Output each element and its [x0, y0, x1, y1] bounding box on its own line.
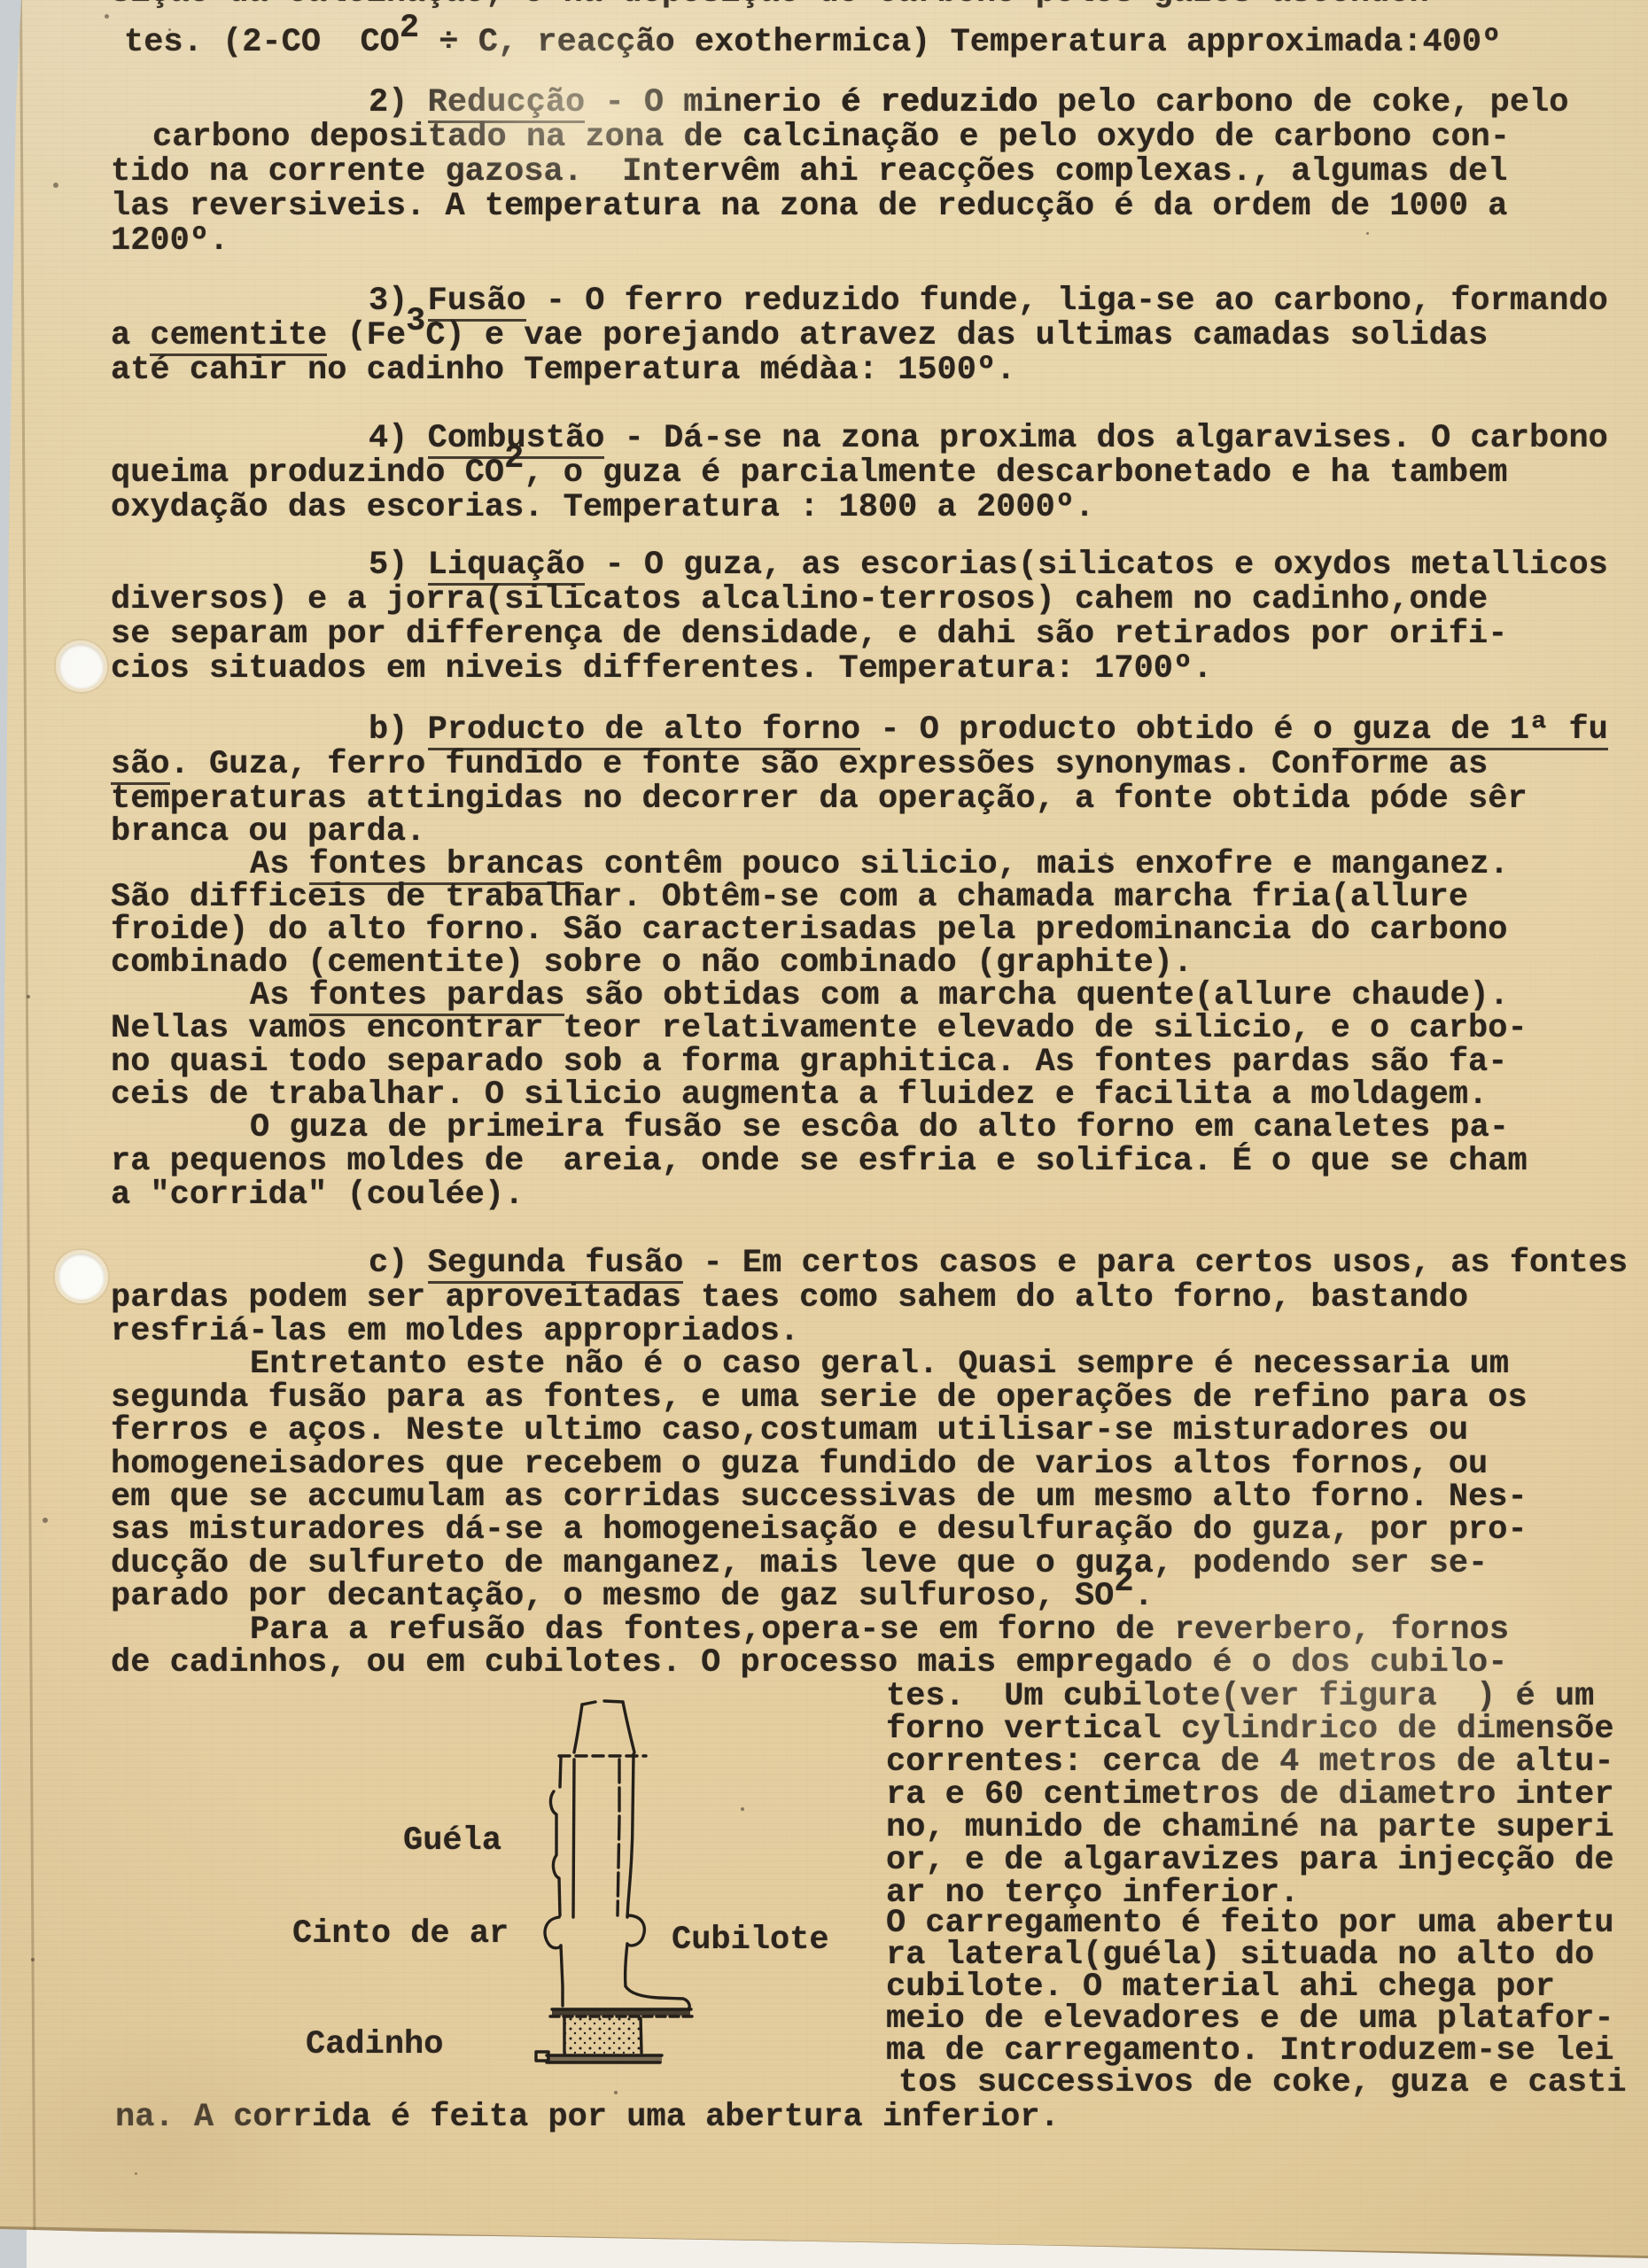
typed-line: O carregamento é feito por uma abertu: [886, 1907, 1614, 1940]
typed-line: segunda fusão para as fontes, e uma seri…: [111, 1382, 1528, 1415]
figure-label-cubilote: Cubilote: [672, 1924, 829, 1957]
paper-speck: [1104, 852, 1107, 855]
typed-line: combinado (cementite) sobre o não combin…: [111, 947, 1193, 980]
typed-line: ceis de trabalhar. O silicio augmenta a …: [111, 1079, 1488, 1112]
furnace-bottom-flange: [547, 2055, 662, 2062]
furnace-outline: [536, 1701, 693, 2062]
paper-speck: [27, 995, 30, 998]
typed-line: ra e 60 centimetros de diametro inter: [886, 1779, 1614, 1812]
typed-line: no, munido de chaminé na parte superi: [886, 1812, 1614, 1845]
typed-line: no quasi todo separado sob a forma graph…: [111, 1046, 1507, 1079]
scanned-typewritten-page: { "page": { "width": 1860, "height": 256…: [0, 0, 1648, 2268]
typed-line: 5) Liquação - O guza, as escorias(silica…: [369, 549, 1608, 586]
typed-line: O guza de primeira fusão se escôa do alt…: [250, 1112, 1509, 1145]
typed-line: até cahir no cadinho Temperatura médàa: …: [111, 354, 1015, 387]
typed-line: 2) Reducção - O minerio é reduzido pelo …: [369, 87, 1568, 123]
typed-line: cubilote. O material ahi chega por: [886, 1971, 1555, 2004]
typed-line: froide) do alto forno. São caracterisada…: [111, 914, 1507, 947]
typed-line: or, e de algaravizes para injecção de: [886, 1845, 1614, 1877]
typed-line: correntes: cerca de 4 metros de altu-: [886, 1746, 1614, 1779]
typed-line: ma de carregamento. Introduzem-se lei: [886, 2035, 1614, 2068]
typed-line: parado por decantação, o mesmo de gaz su…: [111, 1581, 1154, 1613]
paper-sheet: sição da calcinação; e ha deposição de c…: [0, 0, 1648, 2268]
typed-line-clipped-top: sição da calcinação; e ha deposição de c…: [111, 0, 1429, 10]
paper-speck: [135, 2172, 137, 2175]
figure-label-guela: Guéla: [403, 1825, 501, 1858]
paper-torn-bottom-edge: [0, 2226, 1648, 2259]
typed-line: ferros e aços. Neste ultimo caso,costuma…: [111, 1415, 1468, 1448]
typed-line: Nellas vamos encontrar teor relativament…: [111, 1013, 1528, 1045]
paper-left-edge: [19, 0, 35, 2233]
typed-line: se separam por differença de densidade, …: [111, 618, 1507, 651]
typed-line: ra lateral(guéla) situada no alto do: [886, 1939, 1594, 1972]
typed-line: 4) Combustão - Dá-se na zona proxima dos…: [369, 423, 1608, 459]
typed-line: homogeneisadores que recebem o guza fund…: [111, 1449, 1488, 1481]
furnace-base-plate: [552, 2009, 690, 2016]
typed-line: As fontes pardas são obtidas com a march…: [250, 980, 1509, 1016]
figure-label-cinto-de-ar: Cinto de ar: [292, 1918, 509, 1951]
paper-speck: [43, 1518, 48, 1523]
typed-line: 3) Fusão - O ferro reduzido funde, liga-…: [369, 285, 1608, 322]
typed-line: las reversiveis. A temperatura na zona d…: [111, 190, 1507, 223]
paper-speck: [614, 2091, 618, 2094]
typed-line: a cementite (Fe3C) e vae porejando atrav…: [111, 320, 1488, 356]
typed-line: na. A corrida é feita por uma abertura i…: [115, 2101, 1060, 2134]
typed-line: 1200º.: [111, 225, 229, 258]
typed-line: Para a refusão das fontes,opera-se em fo…: [250, 1614, 1509, 1647]
typed-line: meio de elevadores e de uma platafor-: [886, 2003, 1614, 2036]
typed-line: em que se accumulam as corridas successi…: [111, 1481, 1528, 1514]
typed-line: de cadinhos, ou em cubilotes. O processo…: [111, 1647, 1507, 1680]
typed-line: As fontes brancas contêm pouco silicio, …: [250, 849, 1509, 885]
typed-line: temperaturas attingidas no decorrer da o…: [111, 783, 1528, 816]
typed-line: tos successivos de coke, guza e casti: [898, 2067, 1627, 2100]
typed-line: sas misturadores dá-se a homogeneisação …: [111, 1514, 1528, 1547]
typed-line: b) Producto de alto forno - O producto o…: [369, 714, 1608, 750]
furnace-crucible-fill: [565, 2017, 641, 2054]
punch-hole: [55, 1250, 108, 1303]
typed-line: tes. Um cubilote(ver figura ) é um: [886, 1681, 1594, 1713]
paper-speck: [315, 47, 318, 50]
typed-line: pardas podem ser aproveitadas taes como …: [111, 1282, 1468, 1315]
paper-speck: [741, 1807, 744, 1811]
typed-line: c) Segunda fusão - Em certos casos e par…: [369, 1247, 1628, 1284]
figure-label-cadinho: Cadinho: [306, 2029, 443, 2062]
typed-line: ar no terço inferior.: [886, 1877, 1299, 1910]
paper-speck: [168, 28, 171, 31]
typed-line: cios situados em niveis differentes. Tem…: [111, 653, 1212, 686]
typed-line: carbono depositado na zona de calcinação…: [152, 121, 1510, 154]
typed-line: diversos) e a jorra(silicatos alcalino-t…: [111, 584, 1488, 617]
punch-hole: [56, 641, 107, 692]
paper-speck: [1366, 232, 1369, 235]
typed-line: são. Guza, ferro fundido e fonte são exp…: [111, 749, 1488, 785]
paper-speck: [105, 14, 109, 19]
typed-line: a "corrida" (coulée).: [111, 1179, 524, 1212]
typed-line: queima produzindo CO2, o guza é parcialm…: [111, 457, 1507, 490]
paper-speck: [31, 1958, 35, 1961]
typed-text-layer: sição da calcinação; e ha deposição de c…: [0, 0, 1648, 2268]
paper-speck: [53, 183, 58, 188]
typed-line: forno vertical cylindrico de dimensõe: [886, 1713, 1614, 1746]
typed-line: ducção de sulfureto de manganez, mais le…: [111, 1548, 1488, 1581]
typed-line: Entretanto este não é o caso geral. Quas…: [250, 1348, 1509, 1381]
typed-line: resfriá-las em moldes appropriados.: [111, 1316, 799, 1348]
typed-line: tes. (2-CO CO2 ÷ C, reacção exothermica)…: [124, 27, 1501, 59]
typed-line: oxydação das escorias. Temperatura : 180…: [111, 492, 1094, 524]
typed-line: tido na corrente gazosa. Intervêm ahi re…: [111, 156, 1507, 189]
typed-line: branca ou parda.: [111, 816, 425, 849]
typed-line: ra pequenos moldes de areia, onde se esf…: [111, 1146, 1528, 1178]
typed-line: São difficeis de trabalhar. Obtêm-se com…: [111, 882, 1468, 914]
cubilote-figure-sketch: [509, 1694, 731, 2084]
